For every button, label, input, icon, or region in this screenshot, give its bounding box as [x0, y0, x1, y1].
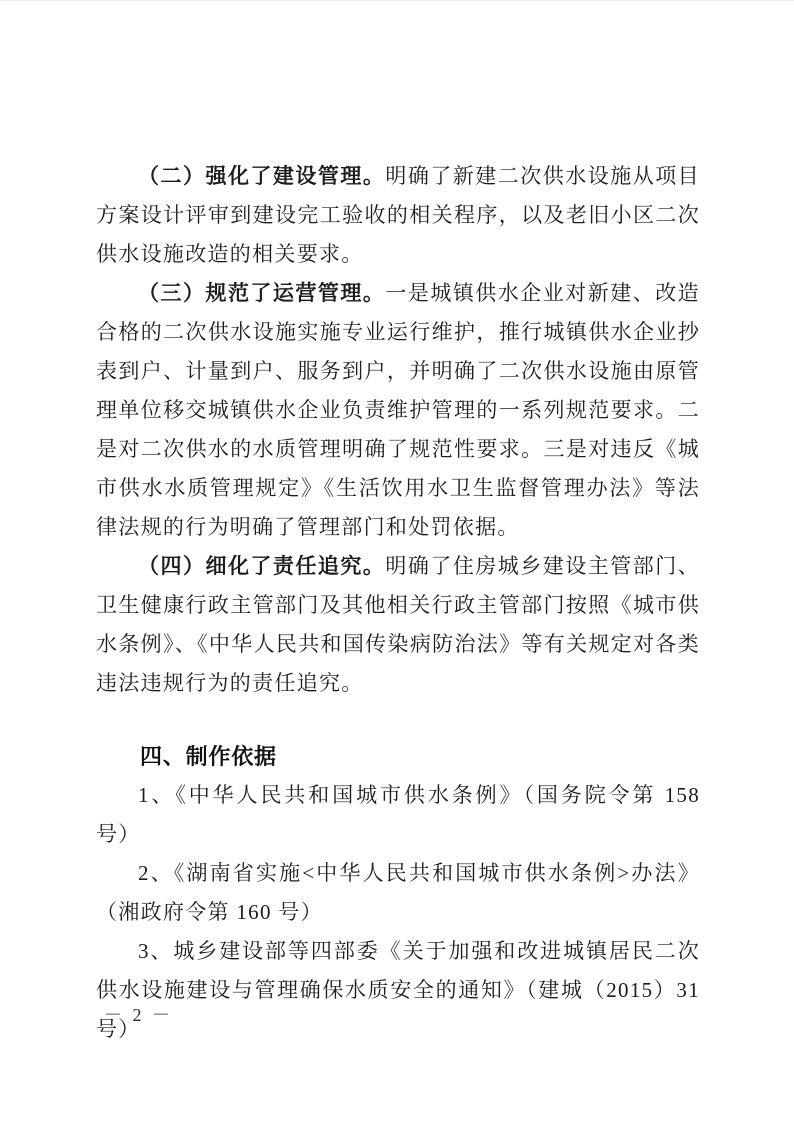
page-number: － 2 － — [104, 1002, 173, 1028]
reference-list-item-3: 3、城乡建设部等四部委《关于加强和改进城镇居民二次供水设施建设与管理确保水质安全… — [96, 932, 700, 1049]
reference-list-item-1: 1、《中华人民共和国城市供水条例》（国务院令第 158 号） — [96, 776, 700, 854]
section-heading: 四、制作依据 — [96, 737, 700, 776]
paragraph-item-2: （二）强化了建设管理。明确了新建二次供水设施从项目方案设计评审到建设完工验收的相… — [96, 157, 700, 274]
reference-list-item-2: 2、《湖南省实施<中华人民共和国城市供水条例>办法》（湘政府令第 160 号） — [96, 854, 700, 932]
paragraph-text: 一是城镇供水企业对新建、改造合格的二次供水设施实施专业运行维护，推行城镇供水企业… — [96, 281, 700, 539]
paragraph-item-4: （四）细化了责任追究。明确了住房城乡建设主管部门、卫生健康行政主管部门及其他相关… — [96, 547, 700, 703]
paragraph-item-3: （三）规范了运营管理。一是城镇供水企业对新建、改造合格的二次供水设施实施专业运行… — [96, 274, 700, 547]
paragraph-lead: （二）强化了建设管理。 — [138, 164, 385, 188]
paragraph-lead: （三）规范了运营管理。 — [138, 281, 385, 305]
document-body: （二）强化了建设管理。明确了新建二次供水设施从项目方案设计评审到建设完工验收的相… — [96, 157, 700, 1049]
paragraph-lead: （四）细化了责任追究。 — [138, 554, 385, 578]
document-page: （二）强化了建设管理。明确了新建二次供水设施从项目方案设计评审到建设完工验收的相… — [0, 0, 794, 1122]
